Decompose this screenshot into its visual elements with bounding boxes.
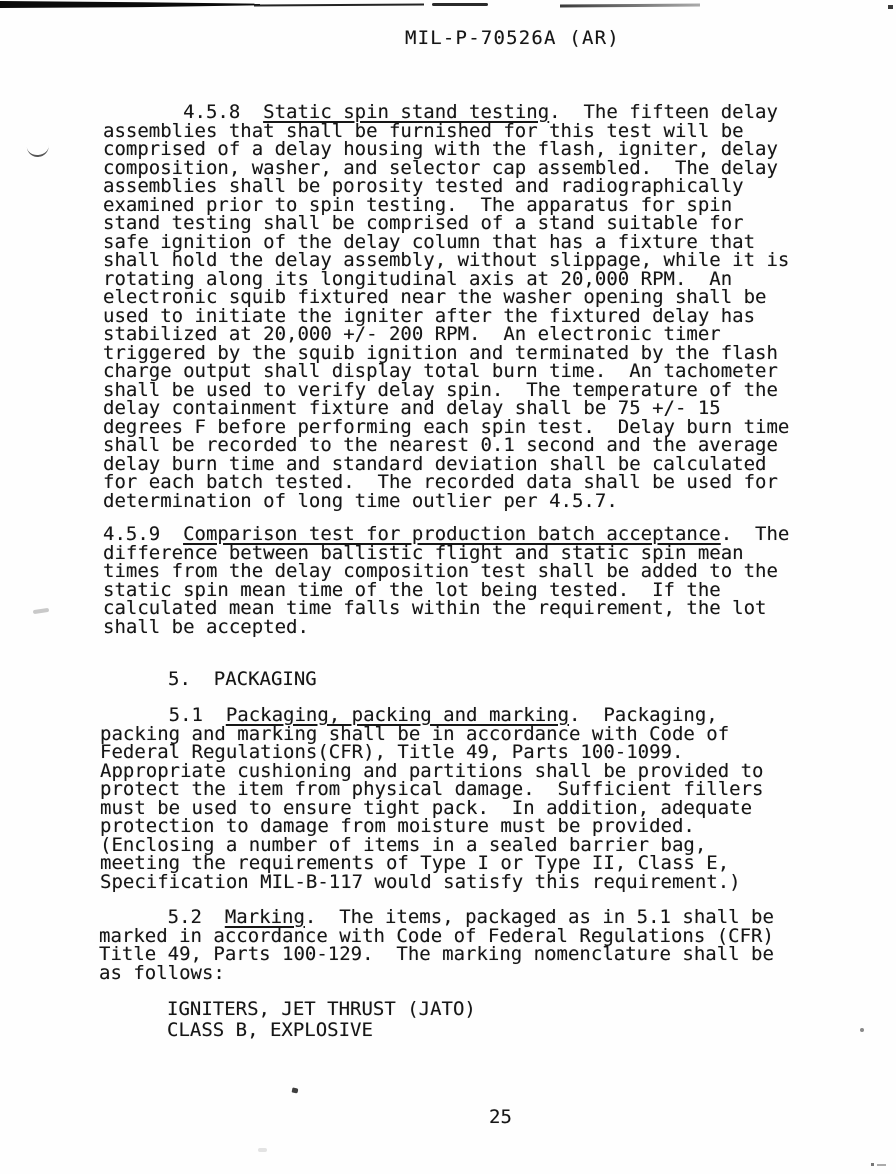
scan-artifact-top-segment-b xyxy=(560,3,700,6)
scan-artifact-top-line xyxy=(254,3,424,6)
scan-artifact-top-bar xyxy=(0,1,260,8)
clause-body-5-1: . Packaging, packing and marking shall b… xyxy=(100,704,763,893)
scan-artifact-bottom-smudge xyxy=(258,1148,267,1152)
paragraph-5-1: 5.1 Packaging, packing and marking. Pack… xyxy=(100,706,763,891)
paragraph-4-5-9: 4.5.9 Comparison test for production bat… xyxy=(103,525,789,636)
scan-artifact-left-checkmark xyxy=(27,143,50,158)
clause-body-4-5-8: . The fifteen delay assemblies that shal… xyxy=(103,101,789,512)
scan-artifact-top-segment-a xyxy=(432,3,488,6)
scan-artifact-bottom-right-mark xyxy=(871,1163,874,1166)
scan-artifact-bottom-right-mark xyxy=(877,1164,886,1166)
marking-nomenclature-block: IGNITERS, JET THRUST (JATO) CLASS B, EXP… xyxy=(167,999,476,1041)
scan-artifact-left-smudge xyxy=(33,608,49,614)
paragraph-5-2: 5.2 Marking. The items, packaged as in 5… xyxy=(99,908,774,982)
scan-artifact-center-tick xyxy=(292,1087,299,1093)
section-5-heading: 5. PACKAGING xyxy=(168,670,317,689)
paragraph-4-5-8: 4.5.8 Static spin stand testing. The fif… xyxy=(103,103,789,510)
scan-artifact-top-right-dot xyxy=(888,5,893,9)
document-page: MIL-P-70526A (AR) 4.5.8 Static spin stan… xyxy=(0,0,896,1174)
document-id-header: MIL-P-70526A (AR) xyxy=(405,29,620,48)
scan-artifact-right-dot xyxy=(860,1028,864,1032)
page-number: 25 xyxy=(489,1108,512,1127)
